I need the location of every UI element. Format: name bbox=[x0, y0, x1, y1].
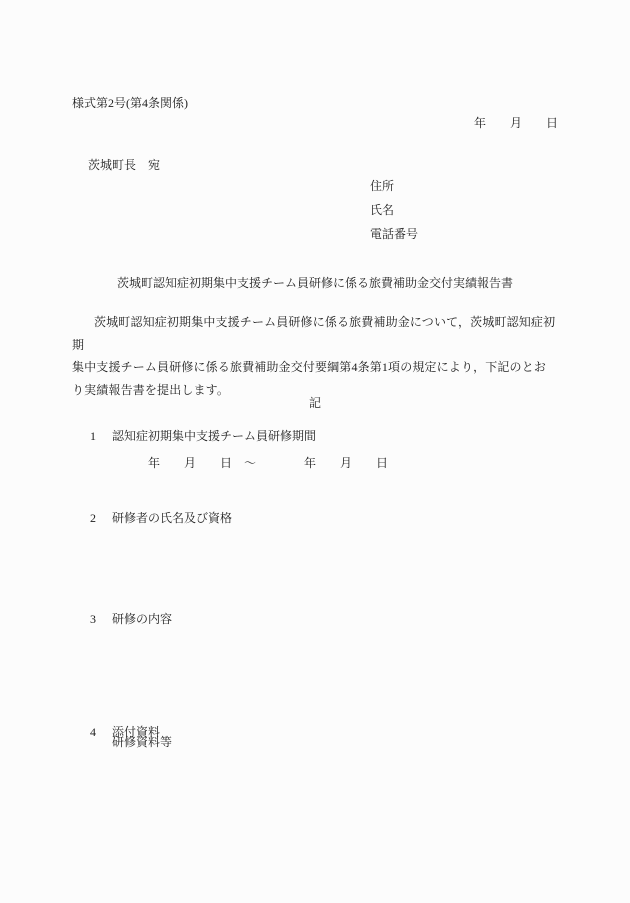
list-item-training-content: 3研修の内容 bbox=[78, 600, 172, 639]
addressee-line: 茨城町長 宛 bbox=[88, 159, 160, 172]
body-paragraph: 茨城町認知症初期集中支援チーム員研修に係る旅費補助金について，茨城町認知症初期 … bbox=[72, 311, 564, 401]
list-item-trainee-name-qualification: 2研修者の氏名及び資格 bbox=[78, 499, 232, 538]
list-item-label: 研修の内容 bbox=[112, 612, 172, 626]
list-item-training-period: 1認知症初期集中支援チーム員研修期間 bbox=[78, 417, 316, 456]
attachments-detail: 研修資料等 bbox=[112, 736, 172, 749]
list-item-label: 認知症初期集中支援チーム員研修期間 bbox=[112, 429, 316, 443]
list-item-number: 1 bbox=[90, 430, 112, 443]
training-period-date-range: 年 月 日 ～ 年 月 日 bbox=[148, 457, 388, 470]
sender-name-label: 氏名 bbox=[370, 204, 394, 217]
sender-address-label: 住所 bbox=[370, 180, 394, 193]
sender-phone-label: 電話番号 bbox=[370, 228, 418, 241]
record-marker: 記 bbox=[0, 397, 630, 410]
list-item-number: 2 bbox=[90, 512, 112, 525]
list-item-number: 3 bbox=[90, 613, 112, 626]
list-item-number: 4 bbox=[90, 726, 112, 739]
document-page: 様式第2号(第4条関係) 年 月 日 茨城町長 宛 住所 氏名 電話番号 茨城町… bbox=[0, 0, 630, 903]
list-item-label: 研修者の氏名及び資格 bbox=[112, 511, 232, 525]
body-line-2: 集中支援チーム員研修に係る旅費補助金交付要綱第4条第1項の規定により，下記のとお bbox=[72, 356, 564, 379]
form-number: 様式第2号(第4条関係) bbox=[72, 97, 188, 110]
document-title: 茨城町認知症初期集中支援チーム員研修に係る旅費補助金交付実績報告書 bbox=[0, 277, 630, 290]
date-placeholder-line: 年 月 日 bbox=[474, 117, 558, 130]
body-line-1: 茨城町認知症初期集中支援チーム員研修に係る旅費補助金について，茨城町認知症初期 bbox=[72, 311, 564, 356]
